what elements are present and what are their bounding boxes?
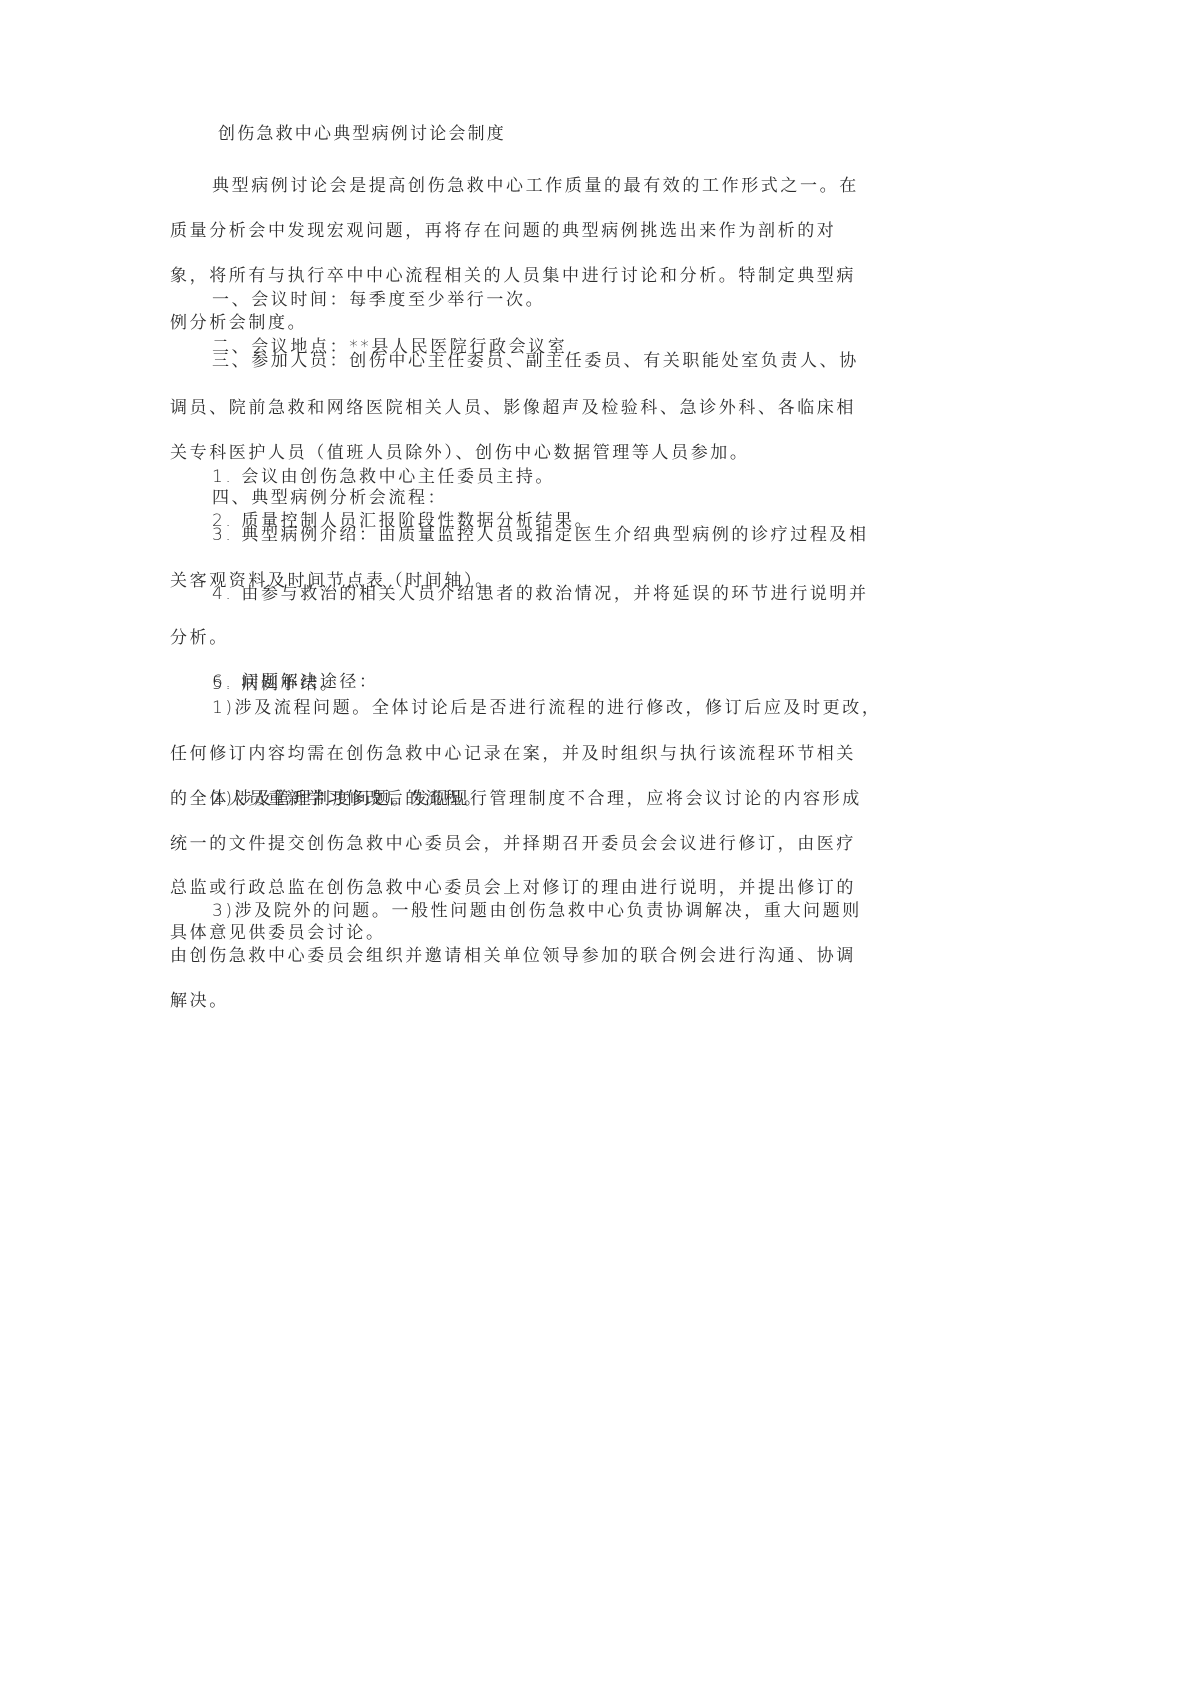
section-heading: 四、典型病例分析会流程： xyxy=(212,488,447,508)
list-item: 3. 典型病例介绍：由质量监控人员或指定医生介绍典型病例的诊疗过程及相 xyxy=(212,525,869,545)
paragraph-line: 统一的文件提交创伤急救中心委员会，并择期召开委员会会议进行修订，由医疗 xyxy=(170,834,856,854)
document-title: 创伤急救中心典型病例讨论会制度 xyxy=(218,124,506,144)
paragraph-line: 解决。 xyxy=(170,991,229,1011)
paragraph-line: 象，将所有与执行卒中中心流程相关的人员集中进行讨论和分析。特制定典型病 xyxy=(170,266,856,286)
list-item: 6. 问题解决途径： xyxy=(212,672,379,692)
section-heading: 三、参加人员：创伤中心主任委员、副主任委员、有关职能处室负责人、协 xyxy=(212,351,859,371)
list-item: 1)涉及流程问题。全体讨论后是否进行流程的进行修改，修订后应及时更改， xyxy=(212,698,881,718)
document-page: 创伤急救中心典型病例讨论会制度 典型病例讨论会是提高创伤急救中心工作质量的最有效… xyxy=(0,0,1189,1682)
list-item: 2)涉及管理制度问题。发现现行管理制度不合理，应将会议讨论的内容形成 xyxy=(212,789,862,809)
paragraph-line: 具体意见供委员会讨论。 xyxy=(170,923,386,943)
list-item: 4. 由参与救治的相关人员介绍患者的救治情况，并将延误的环节进行说明并 xyxy=(212,584,869,604)
paragraph-line: 质量分析会中发现宏观问题，再将存在问题的典型病例挑选出来作为剖析的对 xyxy=(170,221,836,241)
paragraph-line: 总监或行政总监在创伤急救中心委员会上对修订的理由进行说明，并提出修订的 xyxy=(170,878,856,898)
paragraph-line: 任何修订内容均需在创伤急救中心记录在案，并及时组织与执行该流程环节相关 xyxy=(170,744,856,764)
paragraph-line: 例分析会制度。 xyxy=(170,313,307,333)
paragraph-line: 典型病例讨论会是提高创伤急救中心工作质量的最有效的工作形式之一。在 xyxy=(212,176,859,196)
paragraph-line: 关专科医护人员（值班人员除外）、创伤中心数据管理等人员参加。 xyxy=(170,443,750,463)
paragraph-line: 调员、院前急救和网络医院相关人员、影像超声及检验科、急诊外科、各临床相 xyxy=(170,398,856,418)
section-heading: 一、会议时间：每季度至少举行一次。 xyxy=(212,290,545,310)
list-item: 3)涉及院外的问题。一般性问题由创伤急救中心负责协调解决，重大问题则 xyxy=(212,901,862,921)
paragraph-line: 由创伤急救中心委员会组织并邀请相关单位领导参加的联合例会进行沟通、协调 xyxy=(170,946,856,966)
list-item: 1. 会议由创伤急救中心主任委员主持。 xyxy=(212,467,555,487)
paragraph-line: 分析。 xyxy=(170,628,229,648)
